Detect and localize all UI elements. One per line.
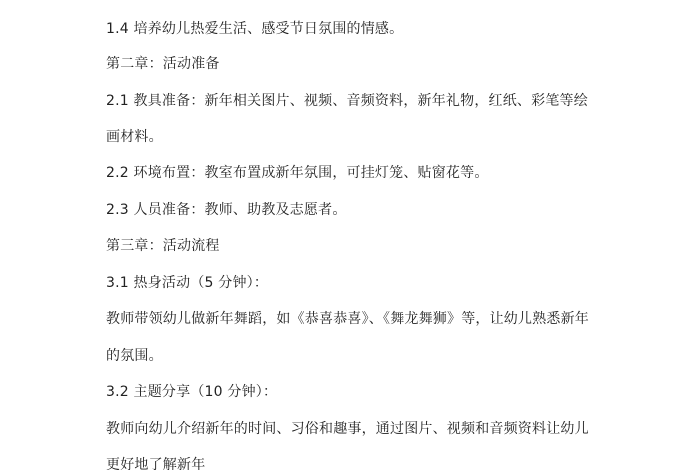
document-page: 1.4 培养幼儿热爱生活、感受节日氛围的情感。 第二章：活动准备 2.1 教具准…: [0, 0, 700, 470]
chapter-3-heading: 第三章：活动流程: [106, 237, 220, 255]
item-2-1: 2.1 教具准备：新年相关图片、视频、音频资料，新年礼物，红纸、彩笔等绘: [106, 92, 588, 110]
item-3-1-description-continuation: 的氛围。: [106, 347, 163, 365]
objective-1-4: 1.4 培养幼儿热爱生活、感受节日氛围的情感。: [106, 20, 403, 38]
item-3-1-description: 教师带领幼儿做新年舞蹈，如《恭喜恭喜》、《舞龙舞狮》等，让幼儿熟悉新年: [106, 310, 589, 328]
item-3-2-description: 教师向幼儿介绍新年的时间、习俗和趣事，通过图片、视频和音频资料让幼儿: [106, 420, 589, 438]
item-2-1-continuation: 画材料。: [106, 128, 163, 146]
item-3-2-description-continuation: 更好地了解新年: [106, 456, 205, 470]
item-2-2: 2.2 环境布置：教室布置成新年氛围，可挂灯笼、贴窗花等。: [106, 164, 489, 182]
chapter-2-heading: 第二章：活动准备: [106, 55, 220, 73]
item-3-1: 3.1 热身活动（5 分钟）：: [106, 274, 268, 292]
item-3-2: 3.2 主题分享（10 分钟）：: [106, 383, 277, 401]
item-2-3: 2.3 人员准备：教师、助教及志愿者。: [106, 201, 347, 219]
